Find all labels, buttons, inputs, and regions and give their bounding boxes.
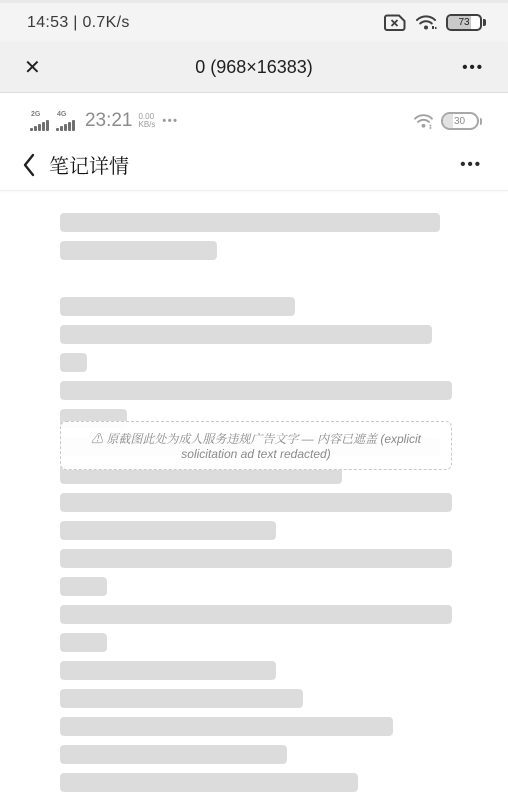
network-speed: 0.00 KB/s <box>138 113 155 129</box>
signal-bars-4g: 4G <box>56 111 75 131</box>
redacted-text-line <box>60 689 303 708</box>
redacted-text-line <box>60 493 452 512</box>
inner-status-icons: 30 <box>413 112 483 130</box>
inner-status-bar: 2G 4G 23:21 0.00 KB/s ••• <box>0 93 508 139</box>
redacted-text-line <box>60 661 276 680</box>
redacted-text-line <box>60 773 358 792</box>
phone-screen: 14:53 | 0.7K/s 73 <box>0 0 508 800</box>
notification-dots-icon: ••• <box>162 115 178 127</box>
speed-unit: KB/s <box>138 121 155 129</box>
battery-percent-label: 30 <box>454 116 465 127</box>
redacted-text-line <box>60 605 452 624</box>
redacted-text-line <box>60 577 107 596</box>
redacted-text-line <box>60 241 217 260</box>
clock-and-speed: 14:53 | 0.7K/s <box>27 14 130 32</box>
battery-body: 73 <box>446 14 482 31</box>
network-2g-label: 2G <box>31 111 40 118</box>
screenshot-viewer-header: ✕ 0 (968×16383) ••• <box>0 42 508 93</box>
redaction-notice: ⚠ 原截图此处为成人服务违规广告文字 — 内容已遮盖 (explicit sol… <box>60 421 452 470</box>
back-icon[interactable] <box>22 153 35 177</box>
redacted-text-line <box>60 521 276 540</box>
redacted-text-line <box>60 633 107 652</box>
battery-indicator: 30 <box>441 112 483 130</box>
redacted-text-line <box>60 745 287 764</box>
signal-bars-icon <box>30 119 49 131</box>
note-body: ⚠ 原截图此处为成人服务违规广告文字 — 内容已遮盖 (explicit sol… <box>0 191 508 792</box>
wifi-icon <box>415 14 437 31</box>
redacted-lines <box>60 213 452 792</box>
battery-nub <box>480 118 483 125</box>
redacted-text-line <box>60 717 393 736</box>
note-detail-header: 笔记详情 ••• <box>0 139 508 191</box>
battery-percent-label: 73 <box>458 17 469 28</box>
redacted-text-line <box>60 325 432 344</box>
network-4g-label: 4G <box>57 111 66 118</box>
more-options-icon[interactable]: ••• <box>460 156 482 173</box>
battery-fill <box>443 114 453 128</box>
battery-nub <box>483 19 486 26</box>
outer-status-bar: 14:53 | 0.7K/s 73 <box>0 0 508 42</box>
page-title: 笔记详情 <box>49 150 129 179</box>
sim-error-icon <box>384 14 406 31</box>
close-icon[interactable]: ✕ <box>24 55 64 80</box>
redacted-text-line <box>60 381 452 400</box>
redacted-text-line <box>60 297 295 316</box>
inner-clock: 23:21 <box>85 110 133 132</box>
battery-indicator: 73 <box>446 14 486 31</box>
wifi-icon <box>413 113 434 129</box>
more-options-icon[interactable]: ••• <box>462 59 484 76</box>
signal-bars-icon <box>56 119 75 131</box>
viewer-title: 0 (968×16383) <box>0 57 508 78</box>
redacted-text-line <box>60 213 440 232</box>
outer-status-icons: 73 <box>384 14 486 31</box>
battery-body: 30 <box>441 112 479 130</box>
redacted-text-line <box>60 549 452 568</box>
signal-bars-2g: 2G <box>30 111 49 131</box>
redacted-text-line <box>60 353 87 372</box>
embedded-screenshot: 2G 4G 23:21 0.00 KB/s ••• <box>0 93 508 796</box>
